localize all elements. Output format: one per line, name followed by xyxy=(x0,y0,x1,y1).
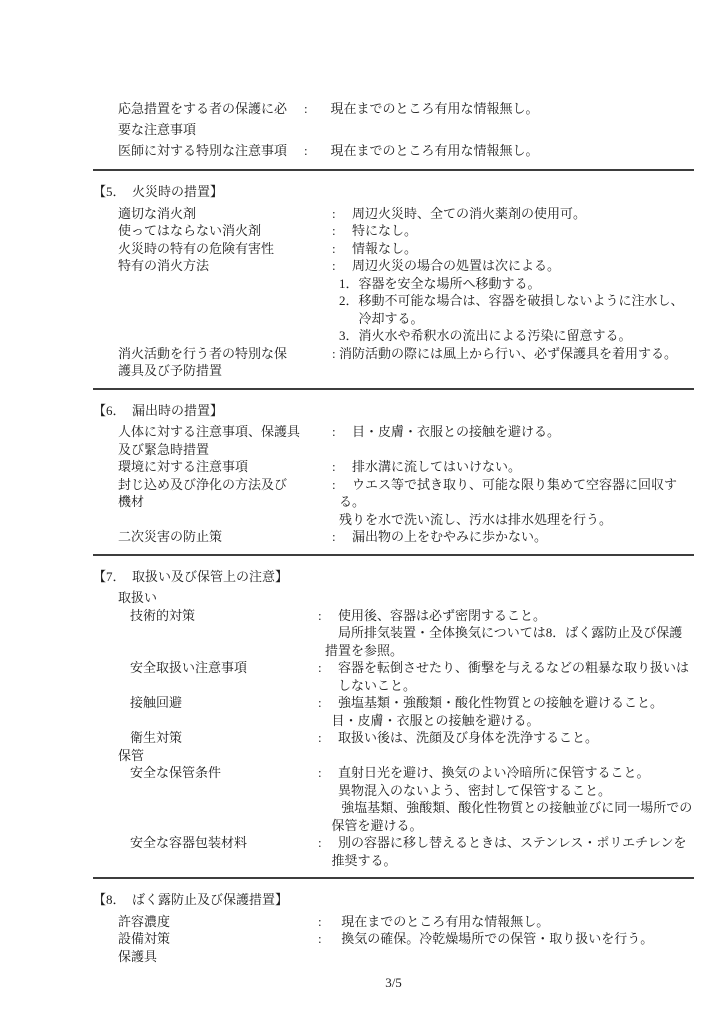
field-label: 特有の消火方法 xyxy=(118,257,332,275)
field-label-line: 保護具 xyxy=(118,948,318,966)
field-row: 火災時の特有の危険有害性: 情報なし。 xyxy=(118,240,694,258)
field-colon: : xyxy=(332,345,339,363)
field-label: 環境に対する注意事項 xyxy=(118,458,332,476)
field-colon: : xyxy=(332,222,339,240)
field-value-line: 周辺火災の場合の処置は次による。 xyxy=(339,257,694,275)
field-value-line: 漏出物の上をむやみに歩かない。 xyxy=(339,528,694,546)
field-value: 情報なし。 xyxy=(339,240,694,258)
field-label-line: 適切な消火剤 xyxy=(118,205,332,223)
field-row: 応急措置をする者の保護に必要な注意事項: 現在までのところ有用な情報無し。 xyxy=(118,98,694,140)
field-colon: : xyxy=(304,98,311,119)
field-label-line: 医師に対する特別な注意事項 xyxy=(118,140,304,161)
field-value-line: 現在までのところ有用な情報無し。 xyxy=(311,98,694,119)
field-row: 安全取扱い注意事項: 容器を転倒させたり、衝撃を与えるなどの粗暴な取り扱いは し… xyxy=(130,659,694,694)
field-label: 二次災害の防止策 xyxy=(118,528,332,546)
field-row: 二次災害の防止策: 漏出物の上をむやみに歩かない。 xyxy=(118,528,694,546)
field-label: 衛生対策 xyxy=(130,729,318,747)
field-label-line: 環境に対する注意事項 xyxy=(118,458,332,476)
field-value-line: ウエス等で拭き取り、可能な限り集めて空容器に回収する。 xyxy=(339,476,694,511)
field-label-line: 火災時の特有の危険有害性 xyxy=(118,240,332,258)
section-8-exposure-controls: 【8． ばく露防止及び保護措置】 許容濃度: 現在までのところ有用な情報無し。設… xyxy=(93,877,694,965)
field-colon: : xyxy=(332,458,339,476)
field-value-line: 保管を避ける。 xyxy=(325,817,694,835)
storage-group: 保管 安全な保管条件: 直射日光を避け、換気のよい冷暗所に保管すること。 異物混… xyxy=(93,747,694,870)
field-label: 設備対策 xyxy=(118,930,318,948)
field-value-line: 周辺火災時、全ての消火薬剤の使用可。 xyxy=(339,205,694,223)
field-label: 適切な消火剤 xyxy=(118,205,332,223)
field-label: 医師に対する特別な注意事項 xyxy=(118,140,304,161)
page-number: 3/5 xyxy=(93,974,694,992)
field-value-line: 換気の確保。冷乾燥場所での保管・取り扱いを行う。 xyxy=(325,930,694,948)
field-label: 応急措置をする者の保護に必要な注意事項 xyxy=(118,98,304,140)
field-label-line: 機材 xyxy=(118,493,332,511)
section-6-accidental-release-measures: 【6． 漏出時の措置】 人体に対する注意事項、保護具及び緊急時措置: 目・皮膚・… xyxy=(93,388,694,546)
field-colon: : xyxy=(332,240,339,258)
field-colon: : xyxy=(318,694,325,712)
field-value-line: 1．容器を安全な場所へ移動する。 xyxy=(339,275,694,293)
field-label: 使ってはならない消火剤 xyxy=(118,222,332,240)
field-label: 封じ込め及び浄化の方法及び機材 xyxy=(118,476,332,511)
field-colon: : xyxy=(332,205,339,223)
field-colon: : xyxy=(318,607,325,625)
field-label-line: 接触回避 xyxy=(130,694,318,712)
field-value-line: 容器を転倒させたり、衝撃を与えるなどの粗暴な取り扱いは xyxy=(325,659,694,677)
field-value: 周辺火災時、全ての消火薬剤の使用可。 xyxy=(339,205,694,223)
field-label-line: 安全な保管条件 xyxy=(130,764,318,782)
field-value-line: 目・皮膚・衣服との接触を避ける。 xyxy=(339,423,694,441)
field-row: 使ってはならない消火剤: 特になし。 xyxy=(118,222,694,240)
section-divider xyxy=(93,169,694,171)
field-colon: : xyxy=(318,729,325,747)
field-value-line: 特になし。 xyxy=(339,222,694,240)
section-5-title: 【5． 火災時の措置】 xyxy=(93,183,694,201)
field-label-line: 技術的対策 xyxy=(130,607,318,625)
field-value-line: 別の容器に移し替えるときは、ステンレス・ポリエチレンを xyxy=(325,834,694,852)
field-label-line: 安全取扱い注意事項 xyxy=(130,659,318,677)
field-colon: : xyxy=(318,913,325,931)
field-value-line: 情報なし。 xyxy=(339,240,694,258)
field-label-line: 人体に対する注意事項、保護具 xyxy=(118,423,332,441)
field-value-line: 3．消火水や希釈水の流出による汚染に留意する。 xyxy=(339,327,694,345)
field-value: 現在までのところ有用な情報無し。 xyxy=(325,913,694,931)
field-label: 許容濃度 xyxy=(118,913,318,931)
field-row: 技術的対策: 使用後、容器は必ず密閉すること。 局所排気装置・全体換気については… xyxy=(130,607,694,660)
field-colon: : xyxy=(304,140,311,161)
field-value: 現在までのところ有用な情報無し。 xyxy=(311,98,694,119)
field-rows: 安全な保管条件: 直射日光を避け、換気のよい冷暗所に保管すること。 異物混入のな… xyxy=(93,764,694,869)
field-value-line: 目・皮膚・衣服との接触を避ける。 xyxy=(325,712,694,730)
field-rows: 技術的対策: 使用後、容器は必ず密閉すること。 局所排気装置・全体換気については… xyxy=(93,607,694,747)
field-label-line: 応急措置をする者の保護に必 xyxy=(118,98,304,119)
document-body: 応急措置をする者の保護に必要な注意事項: 現在までのところ有用な情報無し。医師に… xyxy=(93,98,694,992)
handling-group-heading: 取扱い xyxy=(93,589,694,607)
field-value: 排水溝に流してはいけない。 xyxy=(339,458,694,476)
field-row: 人体に対する注意事項、保護具及び緊急時措置: 目・皮膚・衣服との接触を避ける。 xyxy=(118,423,694,458)
field-label: 消火活動を行う者の特別な保護具及び予防措置 xyxy=(118,345,332,380)
field-value-line: 現在までのところ有用な情報無し。 xyxy=(325,913,694,931)
field-row: 適切な消火剤: 周辺火災時、全ての消火薬剤の使用可。 xyxy=(118,205,694,223)
field-label-line: 二次災害の防止策 xyxy=(118,528,332,546)
field-value-line: 措置を参照。 xyxy=(325,642,694,660)
field-value-line: 2．移動不可能な場合は、容器を破損しないように注水し、 xyxy=(339,292,694,310)
field-label: 安全取扱い注意事項 xyxy=(130,659,318,677)
field-row: 医師に対する特別な注意事項: 現在までのところ有用な情報無し。 xyxy=(118,140,694,161)
field-value: 消防活動の際には風上から行い、必ず保護具を着用する。 xyxy=(339,345,694,363)
field-value-line: しないこと。 xyxy=(325,677,694,695)
field-label-line: 許容濃度 xyxy=(118,913,318,931)
field-value: 使用後、容器は必ず密閉すること。 局所排気装置・全体換気については8．ばく露防止… xyxy=(325,607,694,660)
field-label: 接触回避 xyxy=(130,694,318,712)
field-label: 安全な保管条件 xyxy=(130,764,318,782)
section-5-fire-fighting-measures: 【5． 火災時の措置】 適切な消火剤: 周辺火災時、全ての消火薬剤の使用可。使っ… xyxy=(93,169,694,380)
field-row: 安全な容器包装材料: 別の容器に移し替えるときは、ステンレス・ポリエチレンを 推… xyxy=(130,834,694,869)
field-value-line: 残りを水で洗い流し、汚水は排水処理を行う。 xyxy=(339,511,694,529)
field-label: 技術的対策 xyxy=(130,607,318,625)
field-row: 接触回避: 強塩基類・強酸類・酸化性物質との接触を避けること。 目・皮膚・衣服と… xyxy=(130,694,694,729)
field-value-line: 強塩基類、強酸類、酸化性物質との接触並びに同一場所での xyxy=(325,799,694,817)
field-value-line: 排水溝に流してはいけない。 xyxy=(339,458,694,476)
field-rows: 適切な消火剤: 周辺火災時、全ての消火薬剤の使用可。使ってはならない消火剤: 特… xyxy=(93,205,694,380)
field-label-line: 安全な容器包装材料 xyxy=(130,834,318,852)
field-label-line: 消火活動を行う者の特別な保 xyxy=(118,345,332,363)
field-row: 設備対策: 換気の確保。冷乾燥場所での保管・取り扱いを行う。 xyxy=(118,930,694,948)
field-row: 封じ込め及び浄化の方法及び機材: ウエス等で拭き取り、可能な限り集めて空容器に回… xyxy=(118,476,694,529)
field-row: 特有の消火方法: 周辺火災の場合の処置は次による。1．容器を安全な場所へ移動する… xyxy=(118,257,694,345)
field-value-line: 局所排気装置・全体換気については8．ばく露防止及び保護 xyxy=(325,624,694,642)
section-6-title: 【6． 漏出時の措置】 xyxy=(93,402,694,420)
field-row: 許容濃度: 現在までのところ有用な情報無し。 xyxy=(118,913,694,931)
field-value: 容器を転倒させたり、衝撃を与えるなどの粗暴な取り扱いは しないこと。 xyxy=(325,659,694,694)
field-label: 火災時の特有の危険有害性 xyxy=(118,240,332,258)
field-label-line: 使ってはならない消火剤 xyxy=(118,222,332,240)
field-label-line: 要な注意事項 xyxy=(118,119,304,140)
section-divider xyxy=(93,388,694,390)
field-value: 直射日光を避け、換気のよい冷暗所に保管すること。 異物混入のないよう、密封して保… xyxy=(325,764,694,834)
field-rows: 人体に対する注意事項、保護具及び緊急時措置: 目・皮膚・衣服との接触を避ける。環… xyxy=(93,423,694,546)
field-rows: 許容濃度: 現在までのところ有用な情報無し。設備対策: 換気の確保。冷乾燥場所で… xyxy=(93,913,694,966)
field-value: ウエス等で拭き取り、可能な限り集めて空容器に回収する。残りを水で洗い流し、汚水は… xyxy=(339,476,694,529)
field-value: 強塩基類・強酸類・酸化性物質との接触を避けること。 目・皮膚・衣服との接触を避け… xyxy=(325,694,694,729)
section-divider xyxy=(93,877,694,879)
field-value-line: 使用後、容器は必ず密閉すること。 xyxy=(325,607,694,625)
field-value: 現在までのところ有用な情報無し。 xyxy=(311,140,694,161)
field-colon: : xyxy=(332,476,339,494)
section-7-title: 【7． 取扱い及び保管上の注意】 xyxy=(93,568,694,586)
field-value: 漏出物の上をむやみに歩かない。 xyxy=(339,528,694,546)
field-value: 取扱い後は、洗顔及び身体を洗浄すること。 xyxy=(325,729,694,747)
section-8-title: 【8． ばく露防止及び保護措置】 xyxy=(93,891,694,909)
field-colon: : xyxy=(318,834,325,852)
field-colon: : xyxy=(332,423,339,441)
field-label-line: 衛生対策 xyxy=(130,729,318,747)
field-row: 安全な保管条件: 直射日光を避け、換気のよい冷暗所に保管すること。 異物混入のな… xyxy=(130,764,694,834)
field-value-line: 消防活動の際には風上から行い、必ず保護具を着用する。 xyxy=(339,345,694,363)
storage-group-heading: 保管 xyxy=(93,747,694,765)
field-label-line: 特有の消火方法 xyxy=(118,257,332,275)
field-label-line: 封じ込め及び浄化の方法及び xyxy=(118,476,332,494)
field-colon: : xyxy=(332,257,339,275)
field-label-line: 及び緊急時措置 xyxy=(118,441,332,459)
handling-group: 取扱い 技術的対策: 使用後、容器は必ず密閉すること。 局所排気装置・全体換気に… xyxy=(93,589,694,747)
section-first-aid-notes: 応急措置をする者の保護に必要な注意事項: 現在までのところ有用な情報無し。医師に… xyxy=(93,98,694,161)
field-row: 環境に対する注意事項: 排水溝に流してはいけない。 xyxy=(118,458,694,476)
field-value-line: 冷却する。 xyxy=(339,310,694,328)
field-row: 衛生対策: 取扱い後は、洗顔及び身体を洗浄すること。 xyxy=(130,729,694,747)
field-label-line: 設備対策 xyxy=(118,930,318,948)
field-colon: : xyxy=(318,764,325,782)
sds-document-page: 応急措置をする者の保護に必要な注意事項: 現在までのところ有用な情報無し。医師に… xyxy=(0,0,722,1024)
section-divider xyxy=(93,554,694,556)
field-value: 特になし。 xyxy=(339,222,694,240)
field-label: 人体に対する注意事項、保護具及び緊急時措置 xyxy=(118,423,332,458)
field-label: 安全な容器包装材料 xyxy=(130,834,318,852)
field-value-line: 強塩基類・強酸類・酸化性物質との接触を避けること。 xyxy=(325,694,694,712)
field-colon: : xyxy=(318,659,325,677)
field-row: 保護具 xyxy=(118,948,694,966)
field-value: 周辺火災の場合の処置は次による。1．容器を安全な場所へ移動する。2．移動不可能な… xyxy=(339,257,694,345)
field-label-line: 護具及び予防措置 xyxy=(118,362,332,380)
field-value-line: 現在までのところ有用な情報無し。 xyxy=(311,140,694,161)
field-colon: : xyxy=(332,528,339,546)
field-colon: : xyxy=(318,930,325,948)
field-rows: 応急措置をする者の保護に必要な注意事項: 現在までのところ有用な情報無し。医師に… xyxy=(93,98,694,161)
field-value-line: 取扱い後は、洗顔及び身体を洗浄すること。 xyxy=(325,729,694,747)
field-value: 別の容器に移し替えるときは、ステンレス・ポリエチレンを 推奨する。 xyxy=(325,834,694,869)
section-7-handling-and-storage: 【7． 取扱い及び保管上の注意】 取扱い 技術的対策: 使用後、容器は必ず密閉す… xyxy=(93,554,694,870)
field-value-line: 異物混入のないよう、密封して保管すること。 xyxy=(325,782,694,800)
field-value-line: 推奨する。 xyxy=(325,852,694,870)
field-value: 換気の確保。冷乾燥場所での保管・取り扱いを行う。 xyxy=(325,930,694,948)
field-value-line: 直射日光を避け、換気のよい冷暗所に保管すること。 xyxy=(325,764,694,782)
field-label: 保護具 xyxy=(118,948,318,966)
field-value: 目・皮膚・衣服との接触を避ける。 xyxy=(339,423,694,441)
field-row: 消火活動を行う者の特別な保護具及び予防措置:消防活動の際には風上から行い、必ず保… xyxy=(118,345,694,380)
